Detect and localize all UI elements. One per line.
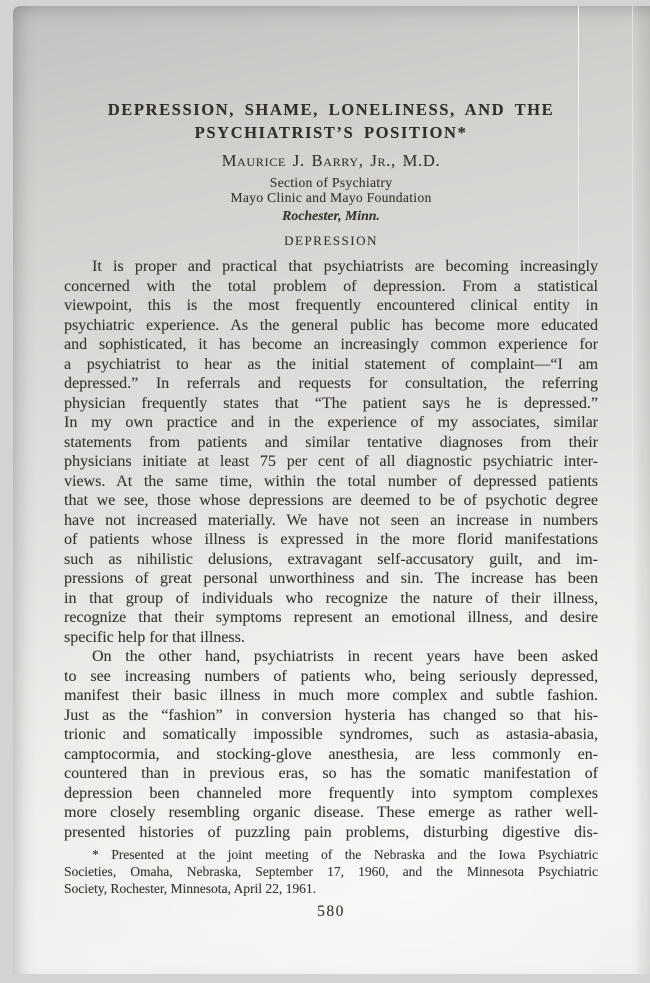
paragraph: It is proper and practical that psychiat… — [64, 257, 598, 647]
section-heading: DEPRESSION — [64, 233, 598, 248]
text-line: camptocormia, and stocking-glove anesthe… — [64, 745, 598, 765]
text-line: of patients whose illness is expressed i… — [64, 530, 598, 550]
text-line: specific help for that illness. — [64, 628, 598, 648]
affiliation-line2: Mayo Clinic and Mayo Foundation — [64, 191, 598, 206]
affiliation-block: Section of Psychiatry Mayo Clinic and Ma… — [64, 176, 598, 205]
paragraph: On the other hand, psychiatrists in rece… — [64, 647, 598, 842]
text-line: more closely resembling organic disease.… — [64, 803, 598, 823]
text-line: viewpoint, this is the most frequently e… — [64, 296, 598, 316]
text-line: depressed.” In referrals and requests fo… — [64, 374, 598, 394]
text-line: depression been channeled more frequentl… — [64, 784, 598, 804]
text-line: Just as the “fashion” in conversion hyst… — [64, 706, 598, 726]
page-number: 580 — [64, 903, 598, 921]
text-line: physicians initiate at least 75 per cent… — [64, 452, 598, 472]
text-line: countered than in previous eras, so has … — [64, 764, 598, 784]
article-title: DEPRESSION, SHAME, LONELINESS, AND THE P… — [64, 98, 598, 144]
text-line: such as nihilistic delusions, extravagan… — [64, 550, 598, 570]
text-line: in that group of individuals who recogni… — [64, 589, 598, 609]
text-line: psychiatric experience. As the general p… — [64, 316, 598, 336]
text-line: manifest their basic illness in much mor… — [64, 686, 598, 706]
footnote-line: * Presented at the joint meeting of the … — [64, 846, 598, 863]
text-line: statements from patients and similar ten… — [64, 433, 598, 453]
footnote-line: Societies, Omaha, Nebraska, September 17… — [64, 863, 598, 880]
text-line: physician frequently states that “The pa… — [64, 394, 598, 414]
article-title-line2: PSYCHIATRIST’S POSITION* — [195, 123, 468, 142]
article-title-line1: DEPRESSION, SHAME, LONELINESS, AND THE — [108, 100, 554, 119]
text-line: recognize that their symptoms represent … — [64, 608, 598, 628]
text-line: views. At the same time, within the tota… — [64, 472, 598, 492]
location-line: Rochester, Minn. — [64, 208, 598, 224]
text-line: that we see, those whose depressions are… — [64, 491, 598, 511]
page-right-edge-shade — [632, 6, 650, 974]
footnote: * Presented at the joint meeting of the … — [64, 846, 598, 898]
text-line: pressions of great personal unworthiness… — [64, 569, 598, 589]
text-line: and sophisticated, it has become an incr… — [64, 335, 598, 355]
text-line: have not increased materially. We have n… — [64, 511, 598, 531]
text-line: trionic and somatically impossible syndr… — [64, 725, 598, 745]
text-line: concerned with the total problem of depr… — [64, 277, 598, 297]
author-byline: Maurice J. Barry, Jr., M.D. — [64, 151, 598, 171]
footnote-line: Society, Rochester, Minnesota, April 22,… — [64, 880, 598, 897]
text-line: presented histories of puzzling pain pro… — [64, 823, 598, 843]
text-line: On the other hand, psychiatrists in rece… — [64, 647, 598, 667]
affiliation-line1: Section of Psychiatry — [64, 176, 598, 191]
text-line: In my own practice and in the experience… — [64, 413, 598, 433]
article-content: DEPRESSION, SHAME, LONELINESS, AND THE P… — [64, 98, 598, 921]
text-line: It is proper and practical that psychiat… — [64, 257, 598, 277]
text-line: to see increasing numbers of patients wh… — [64, 667, 598, 687]
text-line: a psychiatrist to hear as the initial st… — [64, 355, 598, 375]
article-body: It is proper and practical that psychiat… — [64, 257, 598, 842]
scanner-background: DEPRESSION, SHAME, LONELINESS, AND THE P… — [0, 0, 650, 983]
